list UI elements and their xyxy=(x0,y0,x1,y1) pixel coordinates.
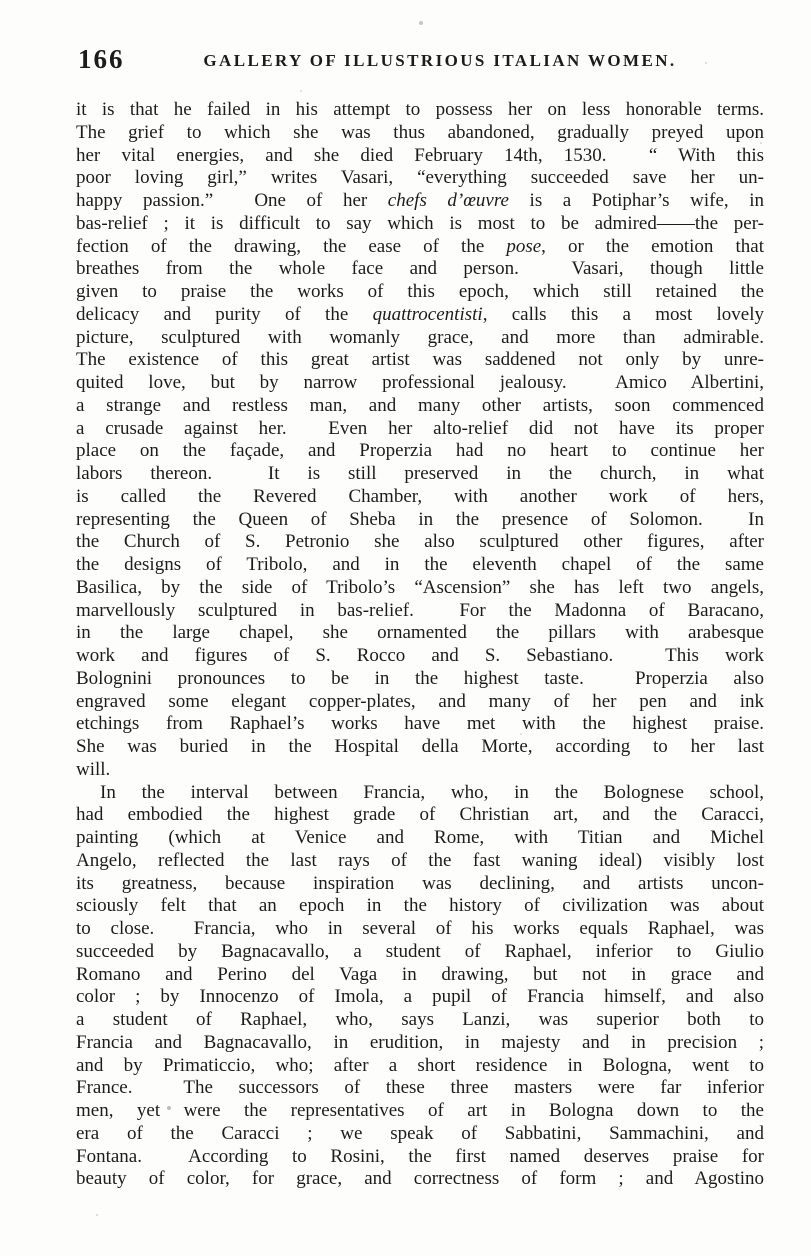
text-line: sciously felt that an epoch in the histo… xyxy=(76,895,764,918)
text-line: The existence of this great artist was s… xyxy=(76,349,764,372)
text-line: bas-relief ; it is difficult to say whic… xyxy=(76,213,764,236)
text-line: to close. Francia, who in several of his… xyxy=(76,918,764,941)
body-text: it is that he failed in his attempt to p… xyxy=(76,99,764,1191)
text-line: a student of Raphael, who, says Lanzi, w… xyxy=(76,1009,764,1032)
text-line: her vital energies, and she died Februar… xyxy=(76,145,764,168)
text-line: Francia and Bagnacavallo, in erudition, … xyxy=(76,1032,764,1055)
text-line: She was buried in the Hospital della Mor… xyxy=(76,736,764,759)
running-title: GALLERY OF ILLUSTRIOUS ITALIAN WOMEN. xyxy=(116,51,764,71)
running-head: 166 GALLERY OF ILLUSTRIOUS ITALIAN WOMEN… xyxy=(76,44,764,78)
text-line: had embodied the highest grade of Christ… xyxy=(76,804,764,827)
text-line: place on the façade, and Properzia had n… xyxy=(76,440,764,463)
text-line: and by Primaticcio, who; after a short r… xyxy=(76,1055,764,1078)
text-line: quited love, but by narrow professional … xyxy=(76,372,764,395)
text-line: engraved some elegant copper-plates, and… xyxy=(76,691,764,714)
text-line: it is that he failed in his attempt to p… xyxy=(76,99,764,122)
text-line: will. xyxy=(76,759,764,782)
text-line: Fontana. According to Rosini, the first … xyxy=(76,1146,764,1169)
text-line: marvellously sculptured in bas-relief. F… xyxy=(76,600,764,623)
text-line: poor loving girl,” writes Vasari, “every… xyxy=(76,167,764,190)
text-line: the designs of Tribolo, and in the eleve… xyxy=(76,554,764,577)
text-line: In the interval between Francia, who, in… xyxy=(76,782,764,805)
text-line: in the large chapel, she ornamented the … xyxy=(76,622,764,645)
text-line: succeeded by Bagnacavallo, a student of … xyxy=(76,941,764,964)
text-line: etchings from Raphael’s works have met w… xyxy=(76,713,764,736)
text-line: work and figures of S. Rocco and S. Seba… xyxy=(76,645,764,668)
text-line: painting (which at Venice and Rome, with… xyxy=(76,827,764,850)
text-line: representing the Queen of Sheba in the p… xyxy=(76,509,764,532)
text-line: Romano and Perino del Vaga in drawing, b… xyxy=(76,964,764,987)
text-line: color ; by Innocenzo of Imola, a pupil o… xyxy=(76,986,764,1009)
text-line: happy passion.” One of her chefs d’œuvre… xyxy=(76,190,764,213)
text-line: its greatness, because inspiration was d… xyxy=(76,873,764,896)
text-line: era of the Caracci ; we speak of Sabbati… xyxy=(76,1123,764,1146)
text-line: breathes from the whole face and person.… xyxy=(76,258,764,281)
scan-noise xyxy=(0,0,2,2)
text-line: Basilica, by the side of Tribolo’s “Asce… xyxy=(76,577,764,600)
text-line: picture, sculptured with womanly grace, … xyxy=(76,327,764,350)
text-line: given to praise the works of this epoch,… xyxy=(76,281,764,304)
text-line: a crusade against her. Even her alto-rel… xyxy=(76,418,764,441)
text-line: men, yet were the representatives of art… xyxy=(76,1100,764,1123)
text-line: a strange and restless man, and many oth… xyxy=(76,395,764,418)
text-line: Angelo, reflected the last rays of the f… xyxy=(76,850,764,873)
text-line: the Church of S. Petronio she also sculp… xyxy=(76,531,764,554)
paragraph: In the interval between Francia, who, in… xyxy=(76,782,764,1192)
text-line: fection of the drawing, the ease of the … xyxy=(76,236,764,259)
text-line: The grief to which she was thus abandone… xyxy=(76,122,764,145)
text-line: Bolognini pronounces to be in the highes… xyxy=(76,668,764,691)
text-line: France. The successors of these three ma… xyxy=(76,1077,764,1100)
text-line: delicacy and purity of the quattrocentis… xyxy=(76,304,764,327)
text-line: is called the Revered Chamber, with anot… xyxy=(76,486,764,509)
text-line: beauty of color, for grace, and correctn… xyxy=(76,1168,764,1191)
book-page: 166 GALLERY OF ILLUSTRIOUS ITALIAN WOMEN… xyxy=(0,0,811,1256)
text-line: labors thereon. It is still preserved in… xyxy=(76,463,764,486)
paragraph: it is that he failed in his attempt to p… xyxy=(76,99,764,782)
